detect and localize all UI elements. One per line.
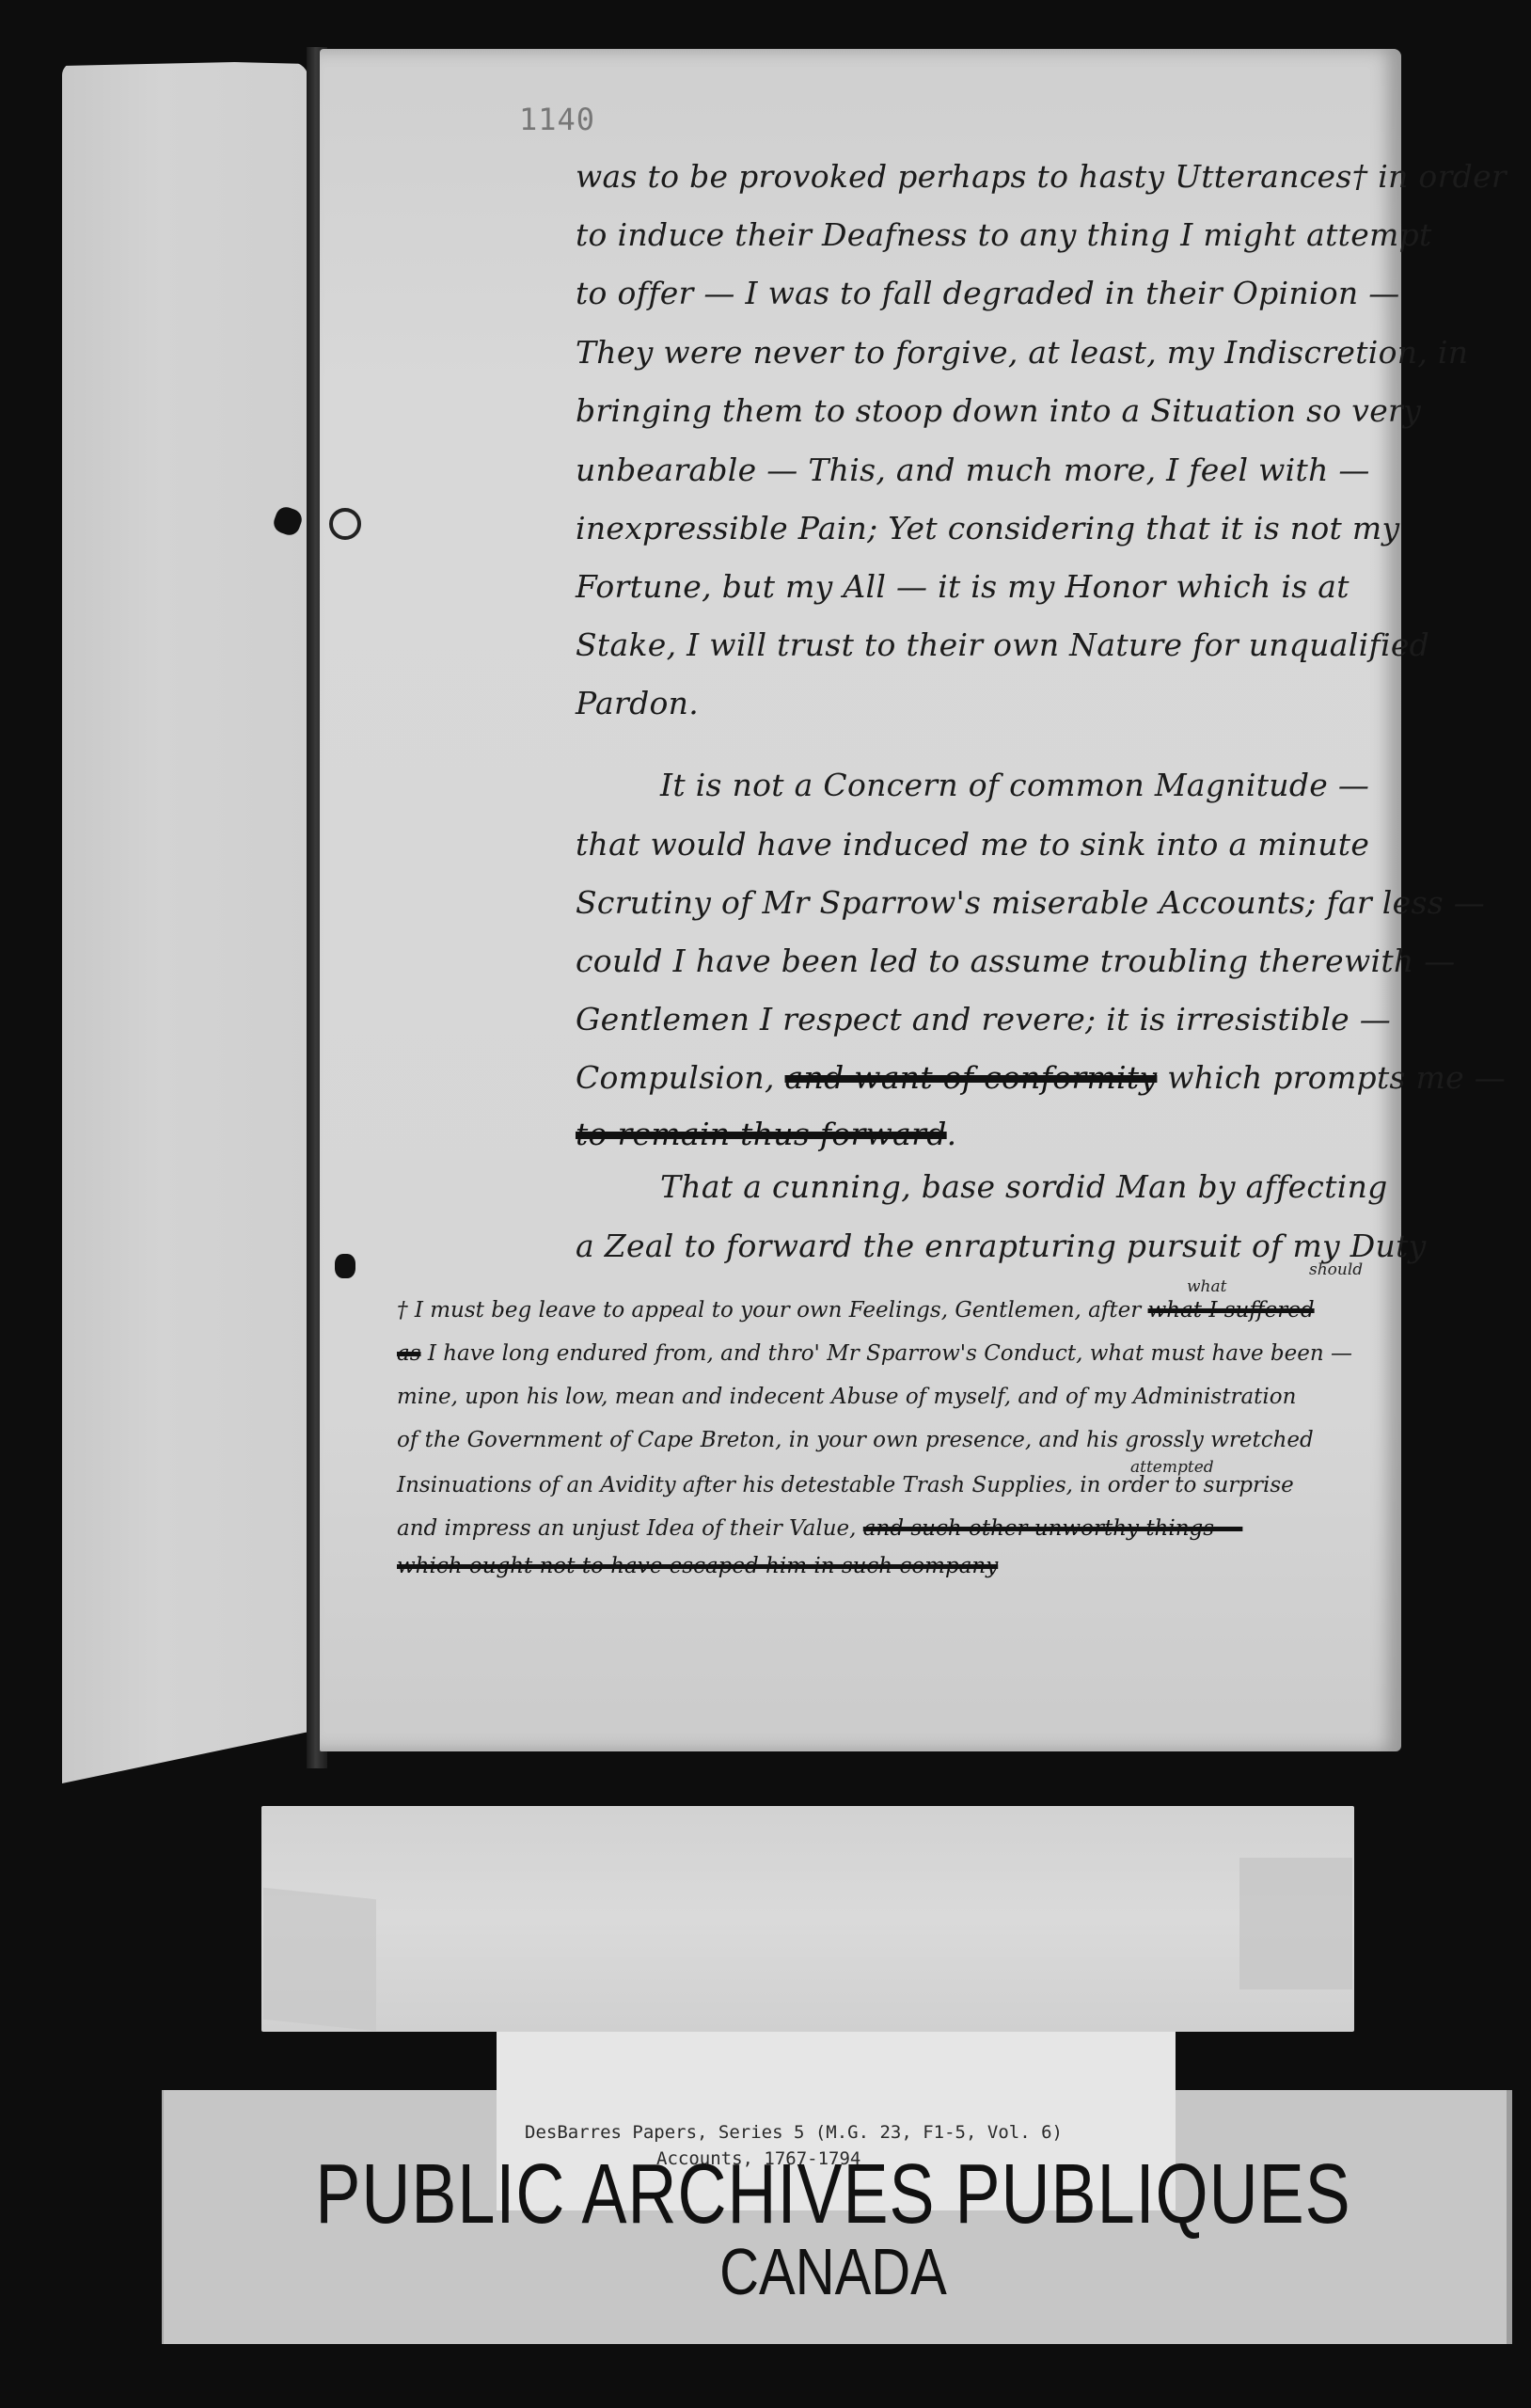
footnote-line: mine, upon his low, mean and indecent Ab…: [397, 1385, 1296, 1409]
struck-text: what I suffered: [1148, 1298, 1315, 1323]
body-line: to offer — I was to fall degraded in the…: [576, 275, 1400, 311]
footnote-line: of the Government of Cape Breton, in you…: [397, 1428, 1314, 1452]
body-line: It is not a Concern of common Magnitude …: [660, 767, 1369, 803]
footnote-line: which ought not to have escaped him in s…: [397, 1554, 998, 1578]
body-line: They were never to forgive, at least, my…: [576, 334, 1468, 371]
reference-line-1: DesBarres Papers, Series 5 (M.G. 23, F1-…: [525, 2122, 1204, 2143]
footnote-line: and impress an unjust Idea of their Valu…: [397, 1516, 1242, 1541]
struck-text: to remain thus forward: [576, 1116, 947, 1152]
body-line: Scrutiny of Mr Sparrow's miserable Accou…: [576, 884, 1485, 921]
binding-fastener-icon: [335, 1254, 355, 1278]
struck-text: and such other unworthy things —: [863, 1516, 1243, 1541]
interlinear-should: should: [1309, 1260, 1363, 1279]
footnote-line: as I have long endured from, and thro' M…: [397, 1341, 1352, 1366]
tape-left: [263, 1888, 376, 2032]
footnote-text: I have long endured from, and thro' Mr S…: [428, 1341, 1352, 1366]
body-line: a Zeal to forward the enrapturing pursui…: [576, 1228, 1427, 1264]
archive-country: CANADA: [162, 2234, 1505, 2309]
body-line: Gentlemen I respect and revere; it is ir…: [576, 1001, 1391, 1038]
struck-text: as: [397, 1341, 421, 1366]
binding-ring-icon: [329, 508, 361, 540]
left-folded-leaf: [62, 62, 308, 1783]
body-line: Stake, I will trust to their own Nature …: [576, 626, 1429, 663]
body-text: Compulsion,: [576, 1059, 775, 1096]
struck-text: which ought not to have escaped him in s…: [397, 1554, 998, 1578]
folder-tab: [261, 1806, 1354, 2032]
interlinear-what: what: [1187, 1277, 1226, 1296]
body-line: bringing them to stoop down into a Situa…: [576, 392, 1421, 429]
folio-number: 1140: [519, 102, 595, 137]
body-line: Pardon.: [576, 685, 699, 721]
footnote-text: and impress an unjust Idea of their Valu…: [397, 1516, 856, 1541]
body-line: was to be provoked perhaps to hasty Utte…: [576, 158, 1507, 195]
body-line: inexpressible Pain; Yet considering that…: [576, 510, 1399, 547]
body-text: .: [947, 1116, 957, 1152]
struck-text: and want of conformity: [785, 1059, 1158, 1096]
body-line: Compulsion, and want of conformity which…: [576, 1059, 1506, 1096]
footnote-text: I must beg leave to appeal to your own F…: [415, 1298, 1141, 1323]
footnote-marker: †: [397, 1298, 408, 1323]
body-line: unbearable — This, and much more, I feel…: [576, 451, 1370, 488]
footnote-line: Insinuations of an Avidity after his det…: [397, 1473, 1294, 1497]
body-text: which prompts me —: [1167, 1059, 1506, 1096]
archive-title: PUBLIC ARCHIVES PUBLIQUES: [162, 2147, 1505, 2243]
footnote-line: † I must beg leave to appeal to your own…: [397, 1298, 1315, 1323]
body-line: to induce their Deafness to any thing I …: [576, 216, 1432, 253]
body-line: That a cunning, base sordid Man by affec…: [660, 1168, 1388, 1205]
body-line: could I have been led to assume troublin…: [576, 943, 1456, 979]
body-line: Fortune, but my All — it is my Honor whi…: [576, 568, 1349, 605]
body-line: that would have induced me to sink into …: [576, 826, 1369, 863]
body-line: to remain thus forward.: [576, 1116, 956, 1152]
tape-right: [1239, 1858, 1352, 1989]
